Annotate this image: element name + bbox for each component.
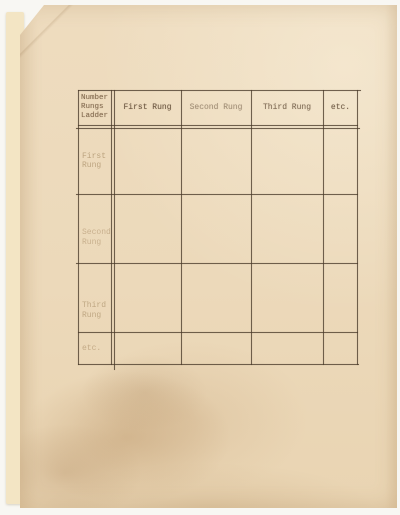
table-cell bbox=[323, 332, 358, 365]
row-header-third-rung: Third Rung bbox=[78, 263, 111, 332]
table-cell bbox=[251, 332, 323, 365]
table-cell bbox=[114, 332, 181, 365]
corner-header-label: Number Rungs Ladder bbox=[81, 94, 111, 121]
grid-line bbox=[78, 125, 358, 126]
table-cell bbox=[114, 128, 181, 194]
table-cell bbox=[114, 194, 181, 263]
row-header-second-rung: Second Rung bbox=[78, 194, 111, 263]
table-cell bbox=[323, 263, 358, 332]
column-header-third-rung: Third Rung bbox=[251, 90, 323, 125]
column-header-etc: etc. bbox=[323, 90, 358, 125]
table-body bbox=[114, 128, 358, 365]
table-cell bbox=[181, 263, 251, 332]
row-header-etc: etc. bbox=[78, 332, 111, 365]
table-cell bbox=[251, 128, 323, 194]
table-cell bbox=[251, 194, 323, 263]
rung-table: Number Rungs Ladder First Rung Second Ru… bbox=[78, 90, 358, 365]
document-page: Number Rungs Ladder First Rung Second Ru… bbox=[20, 5, 397, 508]
grid-line bbox=[111, 90, 112, 365]
row-header-column: First Rung Second Rung Third Rung etc. bbox=[78, 128, 111, 365]
row-header-first-rung: First Rung bbox=[78, 128, 111, 194]
table-cell bbox=[114, 263, 181, 332]
table-cell bbox=[181, 332, 251, 365]
table-cell bbox=[181, 128, 251, 194]
table-cell bbox=[251, 263, 323, 332]
column-header-first-rung: First Rung bbox=[114, 90, 181, 125]
photo-backdrop: Number Rungs Ladder First Rung Second Ru… bbox=[0, 0, 400, 515]
table-cell bbox=[181, 194, 251, 263]
column-header-second-rung: Second Rung bbox=[181, 90, 251, 125]
table-cell bbox=[323, 194, 358, 263]
column-header-row: First Rung Second Rung Third Rung etc. bbox=[114, 90, 358, 125]
corner-header-cell: Number Rungs Ladder bbox=[78, 90, 111, 125]
table-cell bbox=[323, 128, 358, 194]
